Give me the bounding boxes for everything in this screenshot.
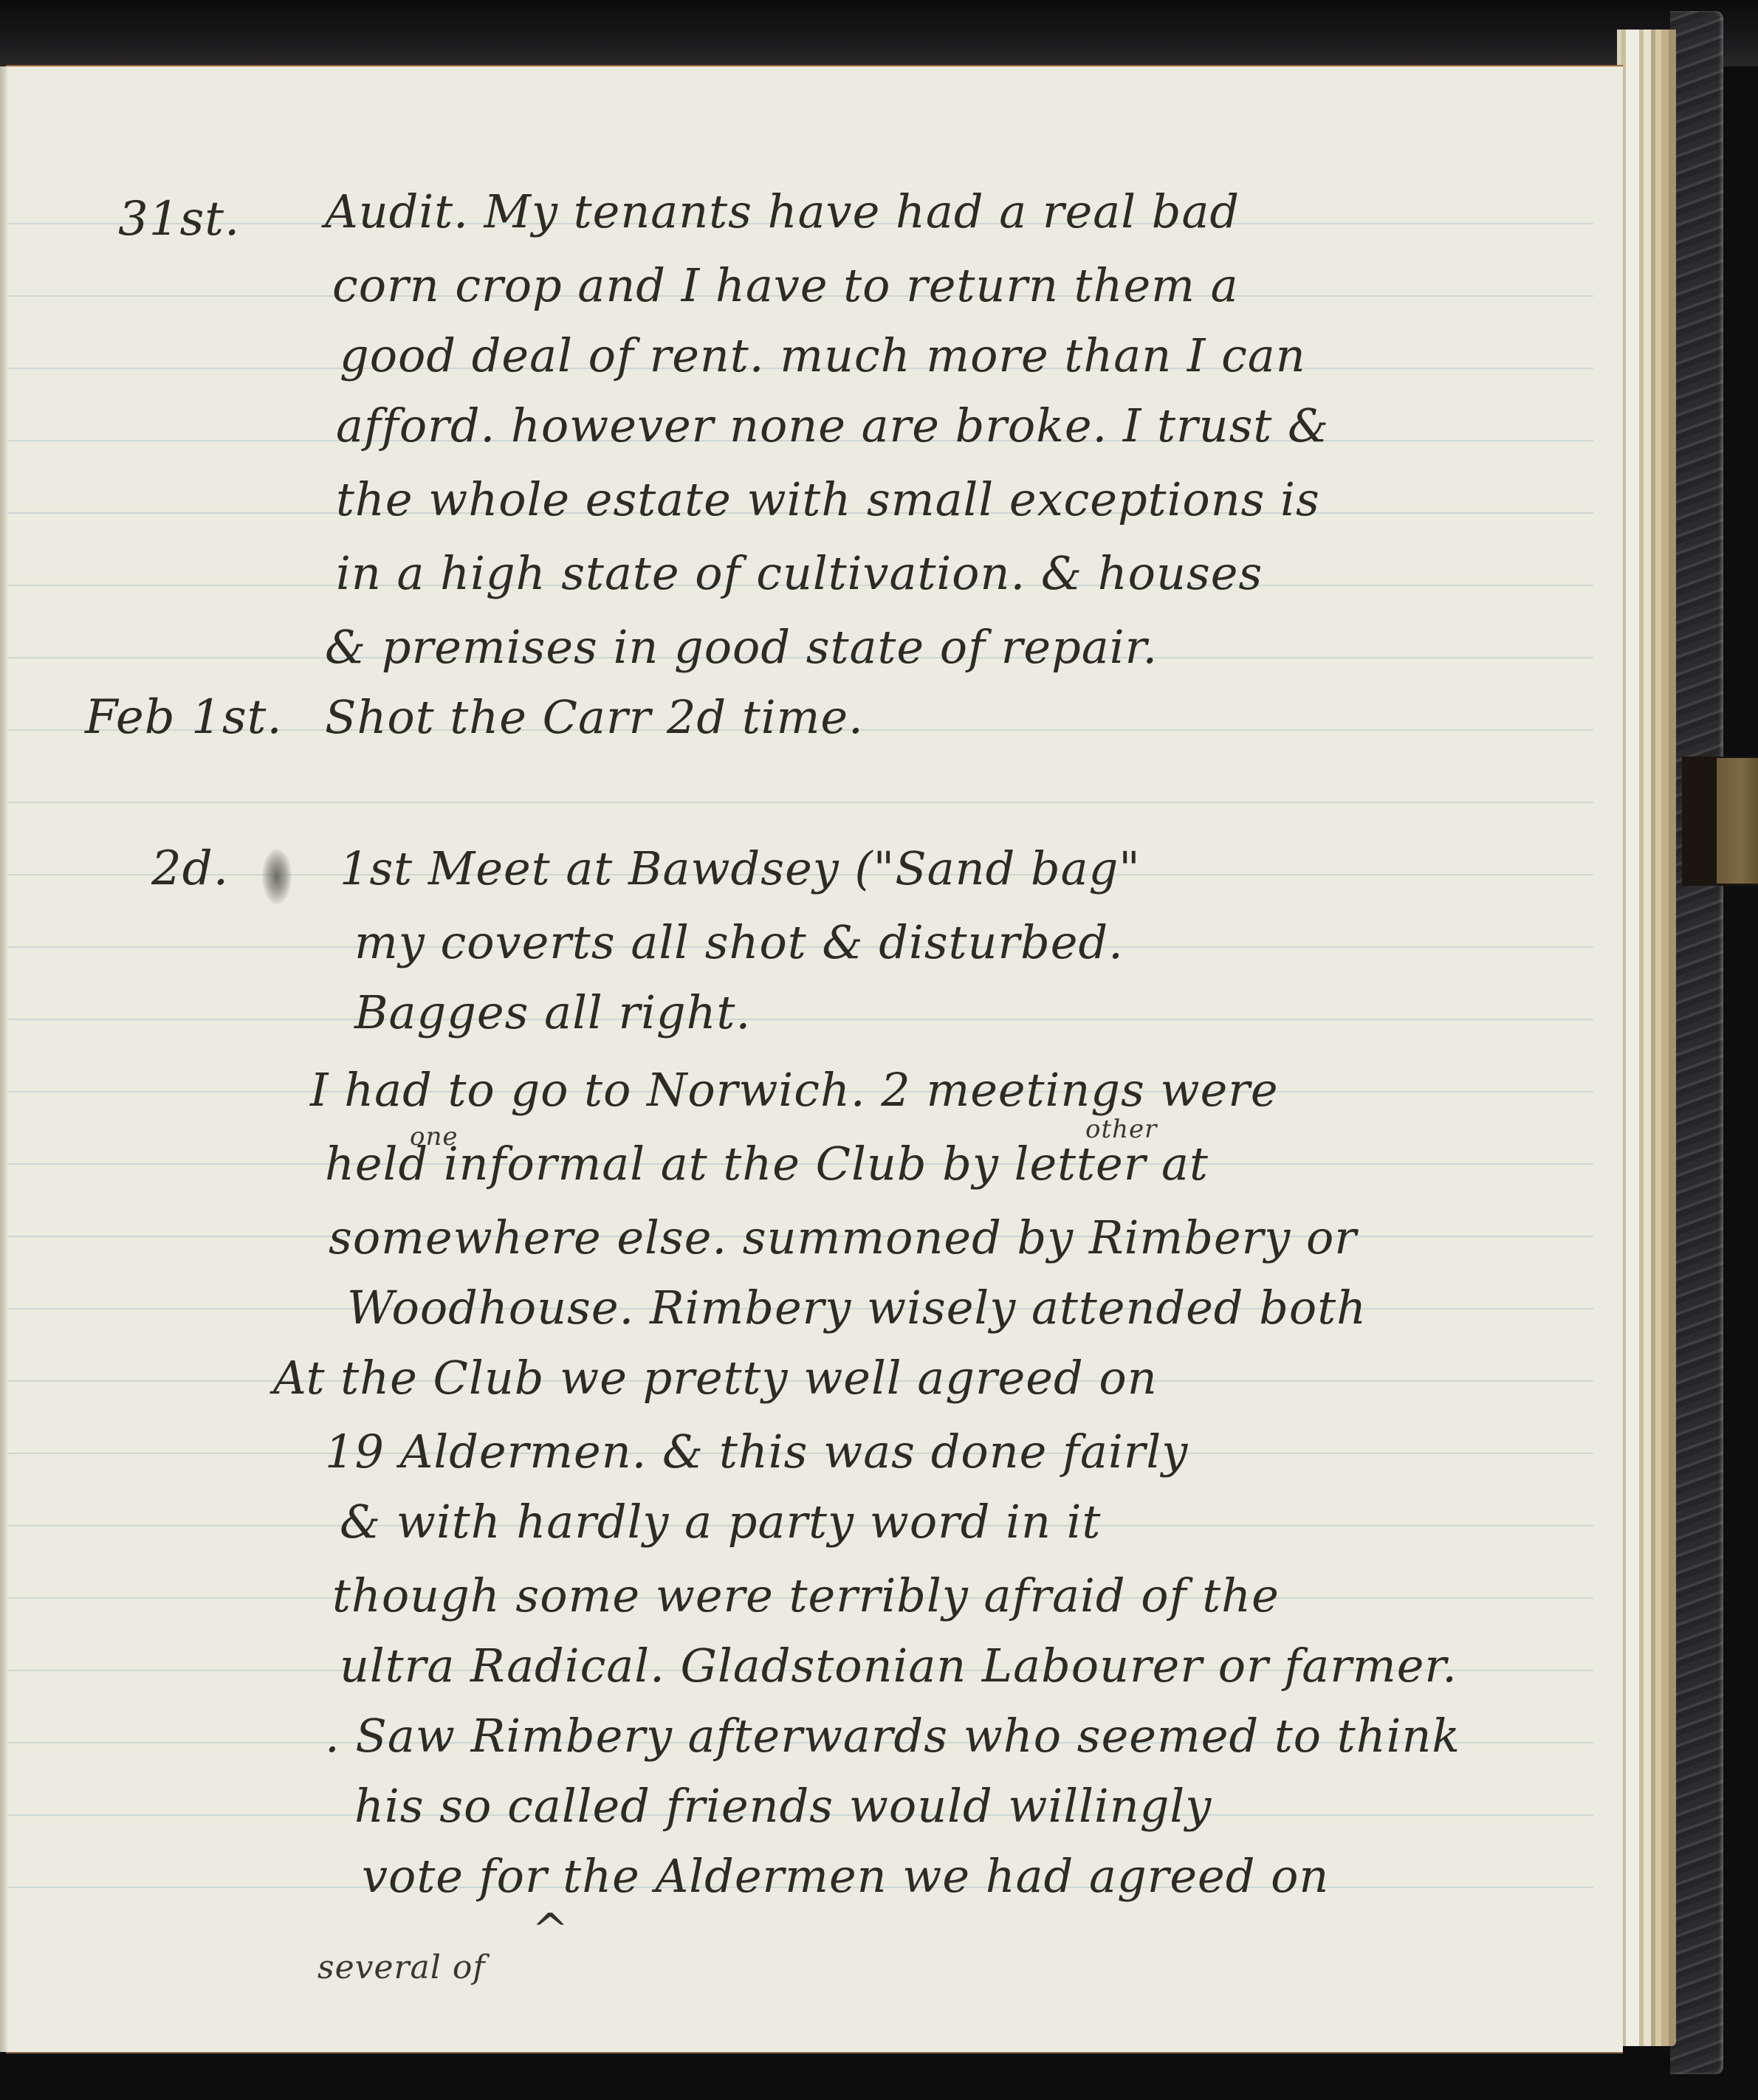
book-cover-top [0, 0, 1758, 66]
ruled-line [6, 802, 1593, 803]
ink-smudge [262, 849, 292, 904]
entry-line: ultra Radical. Gladstonian Labourer or f… [340, 1639, 1457, 1693]
entry-line: Shot the Carr 2d time. [325, 690, 864, 744]
entry-date: 31st. [118, 192, 240, 247]
entry-line: good deal of rent. much more than I can [340, 328, 1306, 382]
entry-line: At the Club we pretty well agreed on [273, 1351, 1158, 1405]
entry-line: in a high state of cultivation. & houses [336, 546, 1263, 600]
entry-line: Woodhouse. Rimbery wisely attended both [347, 1281, 1367, 1335]
entry-line: my coverts all shot & disturbed. [354, 915, 1124, 969]
page-edges [1617, 30, 1676, 2046]
interlinear-insertion: one [410, 1122, 459, 1151]
entry-line: . Saw Rimbery afterwards who seemed to t… [325, 1709, 1460, 1763]
entry-line: Bagges all right. [354, 985, 751, 1039]
entry-date: 2d. [151, 841, 229, 896]
entry-line: the whole estate with small exceptions i… [336, 472, 1320, 526]
entry-date: Feb 1st. [85, 690, 283, 745]
entry-line: vote for the Aldermen we had agreed on [362, 1849, 1329, 1903]
interlinear-insertion: other [1085, 1115, 1157, 1144]
entry-line: 19 Aldermen. & this was done fairly [325, 1425, 1188, 1478]
entry-line: somewhere else. summoned by Rimbery or [329, 1211, 1357, 1264]
entry-line: though some were terribly afraid of the [332, 1569, 1280, 1622]
entry-line: & with hardly a party word in it [340, 1495, 1101, 1549]
marginal-insertion: several of [317, 1949, 486, 1986]
entry-line: his so called friends would willingly [354, 1779, 1212, 1833]
book-clasp [1717, 758, 1758, 884]
entry-line: I had to go to Norwich. 2 meetings were [310, 1063, 1279, 1117]
book-cover-spine-edge [1670, 11, 1723, 2074]
entry-line: afford. however none are broke. I trust … [336, 399, 1329, 452]
page-gutter [0, 66, 7, 2052]
ruled-line [6, 1019, 1593, 1020]
entry-line: 1st Meet at Bawdsey ("Sand bag" [340, 841, 1141, 895]
entry-line: corn crop and I have to return them a [332, 258, 1239, 312]
entry-line: & premises in good state of repair. [325, 620, 1158, 674]
insertion-caret-icon: ^ [532, 1904, 569, 1956]
entry-line: Audit. My tenants have had a real bad [325, 185, 1240, 238]
